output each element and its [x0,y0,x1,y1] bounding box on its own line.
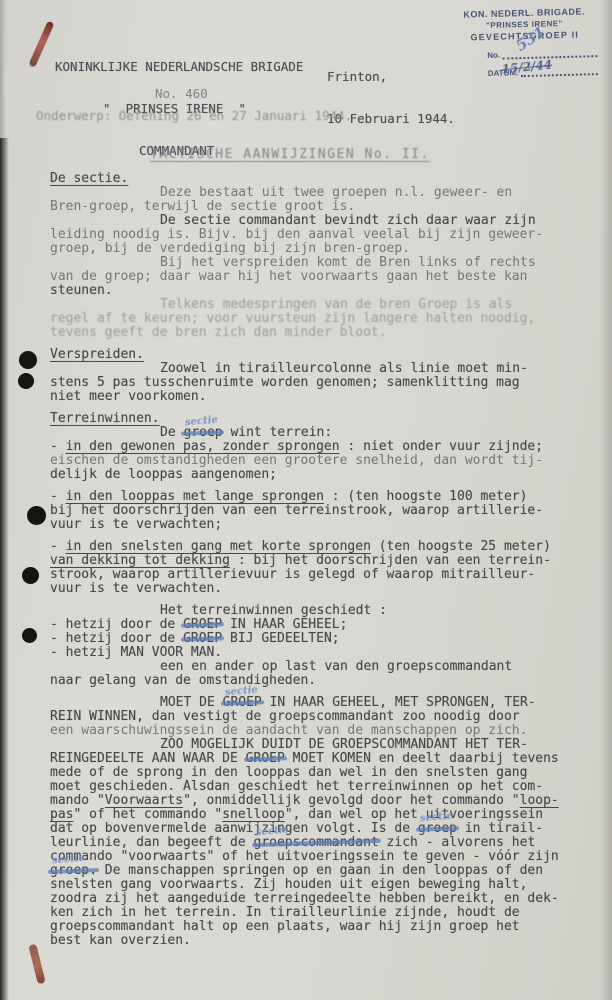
text-segment: in tirail- [457,821,543,836]
text-segment: mede of de sprong in den looppas dan wel… [50,765,527,780]
text-segment: - [50,489,66,504]
text-segment: GROEP [183,617,222,632]
text-segment: Bren-groep, terwijl de sectie groot is. [50,199,355,214]
text-line: een waarschuwingssein de aandacht van de… [50,724,585,738]
text-segment: ZOO MOGELIJK DUIDT DE GROEPSCOMMANDANT H… [160,737,528,752]
text-segment: - hetzij door de [50,617,183,632]
section-heading: Terreinwinnen. [50,412,585,426]
text-segment: bij het doorschrijden van een terreinstr… [50,503,543,518]
text-segment: Zoowel in tirailleurcolonne als linie mo… [160,361,528,376]
text-segment: delijk de looppas aangenomen; [50,467,277,482]
stamp-number-label: No. [487,51,500,60]
text-segment: best kan overzien. [50,933,191,948]
text-line: best kan overzien. [50,934,585,948]
unit-receiving-stamp: KON. NEDERL. BRIGADE. "PRINSES IRENE" GE… [448,6,602,82]
text-segment: groepscommandant halt op een plaats, waa… [50,919,520,934]
text-line: De sectie commandant bevindt zich daar w… [50,214,585,228]
document-title: TACTISCHE AANWIJZINGEN No. II. [150,147,430,162]
place-line: Frinton, [327,70,455,84]
text-line: vuur is te verwachten; [50,518,585,532]
red-pen-mark-top [29,21,55,68]
text-line: Deze bestaat uit twee groepen n.l. gewee… [50,186,585,200]
text-line: MOET DE GROEPsectie IN HAAR GEHEEL, MET … [50,696,585,710]
letterhead-brigade-name: KONINKLIJKE NEDERLANDSCHE BRIGADE [55,60,303,74]
text-segment: - [50,439,66,454]
text-segment: eischen de omstandigheden een grootere s… [50,453,543,468]
text-line: bij het doorschrijden van een terreinstr… [50,504,585,518]
text-segment: Deze bestaat uit twee groepen n.l. gewee… [160,185,512,200]
text-segment: : bij het doorschrijden van een terrein- [230,553,551,568]
text-segment: Bij het verspreiden komt de Bren links o… [160,255,536,270]
text-line: - in den gewonen pas, zonder sprongen : … [50,440,585,454]
text-segment: Het terreinwinnen geschiedt : [160,603,387,618]
text-segment: (ten hoogste 25 meter) [371,539,551,554]
text-line: van dekking tot dekking : bij het doorsc… [50,554,585,568]
text-line: niet meer voorkomen. [50,390,585,404]
handwritten-note: sectie [51,852,85,869]
text-segment: groepscommandantsectie [254,835,379,850]
text-line: - in den snelsten gang met korte spronge… [50,540,585,554]
text-segment: van dekking tot dekking [50,553,230,568]
text-segment: regel af te keuren; voor vuursteun zijn … [50,311,535,326]
text-line: eischen de omstandigheden een grootere s… [50,454,585,468]
text-segment: strook, waarop artillerievuur is gelegd … [50,567,535,582]
text-segment: vuur is te verwachten; [50,517,222,532]
red-pen-mark-bottom [28,944,45,985]
subject-line: Onderwerp: Oefening 26 en 27 Januari 194… [36,108,352,123]
punch-hole-ink-dot [27,506,46,525]
text-segment: leurlinie, dan begeeft de [50,835,254,850]
text-segment: tevens geeft de bren zich dan minder blo… [50,325,387,340]
text-segment: in den gewonen pas, zonder sprongen [66,439,340,454]
text-segment: De sectie commandant bevindt zich daar w… [160,213,536,228]
page-left-edge-shadow [0,138,9,1000]
text-line: regel af te keuren; voor vuursteun zijn … [50,312,585,326]
document-body: De sectie.Deze bestaat uit twee groepen … [50,172,585,948]
text-line: Telkens medespringen van de bren Groep i… [50,298,585,312]
text-segment: REIN WINNEN, dan vestigt de groepscomman… [50,709,520,724]
text-segment: MOET KOMEN en deelt daarbij tevens [285,751,559,766]
text-line: zoodra zij het aangeduide terreingedeelt… [50,892,585,906]
text-line: De groepsectie wint terrein: [50,426,585,440]
text-segment: REINGEDEELTE AAN WAAR DE [50,751,246,766]
text-line: tevens geeft de bren zich dan minder blo… [50,326,585,340]
text-segment: IN HAAR GEHEEL, MET SPRONGEN, TER- [262,695,536,710]
text-line: - hetzij door de GROEP IN HAAR GEHEEL; [50,618,585,632]
text-segment: in den looppas met lange sprongen [66,489,324,504]
text-segment: De manschappen springen op en gaan in de… [97,863,543,878]
text-segment: pas [50,807,73,822]
text-segment: - [50,539,66,554]
text-segment: : niet onder vuur zijnde; [340,439,544,454]
text-segment: GROEP [183,631,222,646]
text-segment: GROEP [246,751,285,766]
text-segment: - hetzij door de [50,631,183,646]
text-segment: snelsten gang voorwaarts. Zij houden uit… [50,877,527,892]
text-line: delijk de looppas aangenomen; [50,468,585,482]
text-segment: ", onmiddellijk gevolgd door het command… [183,793,520,808]
text-line: REINGEDEELTE AAN WAAR DE GROEP MOET KOME… [50,752,585,766]
text-segment: zich - alvorens het [379,835,536,850]
text-line: - in den looppas met lange sprongen : (t… [50,490,585,504]
text-line: leiding noodig is. Bijv. bij den aanval … [50,228,585,242]
text-line: pas" of het commando "snelloop", dan wel… [50,808,585,822]
text-segment: Voorwaarts [105,793,183,808]
text-segment: naar gelang van de omstandigheden. [50,673,316,688]
text-segment: moet geschieden. Alsdan geschiedt het te… [50,779,543,794]
text-segment: wint terrein: [223,425,333,440]
text-segment: in den snelsten gang met korte sprongen [66,539,371,554]
text-segment: vuur is te verwachten. [50,581,222,596]
place-and-date: Frinton, 10 Februari 1944. [327,42,455,140]
text-segment: zoodra zij het aangeduide terreingedeelt… [50,891,559,906]
handwritten-note: sectie [255,824,289,841]
page-left-edge-shadow-top [0,0,6,140]
handwritten-note: sectie [224,684,258,701]
text-segment: groepsectie [418,821,457,836]
handwritten-note: sectie [185,414,219,431]
text-segment: ken zich in het terrein. In tirailleurli… [50,905,520,920]
text-segment: niet meer voorkomen. [50,389,207,404]
punch-hole-ink-dot [18,373,34,389]
text-segment: een en ander op last van den groepscomma… [160,659,512,674]
text-line: vuur is te verwachten. [50,582,585,596]
page-right-edge-shadow [600,0,612,1000]
handwritten-note: sectie [419,810,453,827]
text-segment: ", dan wel op het uitvoeringssein [285,807,543,822]
text-segment: De [160,425,183,440]
text-line: groep.sectie De manschappen springen op … [50,864,585,878]
text-segment: MOET DE [160,695,223,710]
scanned-document-page: { "page": { "header": { "org_line1": "KO… [0,0,612,1000]
text-line: Zoowel in tirailleurcolonne als linie mo… [50,362,585,376]
text-line: naar gelang van de omstandigheden. [50,674,585,688]
text-segment: BIJ GEDEELTEN; [222,631,339,646]
text-line: mando "Voorwaarts", onmiddellijk gevolgd… [50,794,585,808]
text-line: snelsten gang voorwaarts. Zij houden uit… [50,878,585,892]
text-segment: Verspreiden. [50,347,144,362]
text-segment: mando " [50,793,105,808]
text-line: - hetzij MAN VOOR MAN. [50,646,585,660]
text-line: groepscommandant halt op een plaats, waa… [50,920,585,934]
text-segment: van de groep; daar waar hij het voorwaar… [50,269,527,284]
text-segment: groep, bij de verdediging bij zijn bren-… [50,241,410,256]
document-number: No. 460 [155,86,208,101]
text-line: leurlinie, dan begeeft de groepscommanda… [50,836,585,850]
text-segment: stens 5 pas tusschenruimte worden genome… [50,375,520,390]
text-segment: De sectie. [50,171,128,186]
text-segment: Telkens medespringen van de bren Groep i… [160,297,512,312]
text-line: moet geschieden. Alsdan geschiedt het te… [50,780,585,794]
text-line: commando "voorwaarts" of het uitvoerings… [50,850,585,864]
text-line: REIN WINNEN, dan vestigt de groepscomman… [50,710,585,724]
punch-hole-ink-dot [19,351,37,369]
text-line: stens 5 pas tusschenruimte worden genome… [50,376,585,390]
section-heading: Verspreiden. [50,348,585,362]
punch-hole-ink-dot [22,567,39,584]
text-line: strook, waarop artillerievuur is gelegd … [50,568,585,582]
text-segment: " of het commando " [73,807,222,822]
text-segment: IN HAAR GEHEEL; [222,617,347,632]
text-segment: snelloop [222,807,285,822]
text-segment: groepsectie [183,425,222,440]
text-line: een en ander op last van den groepscomma… [50,660,585,674]
text-line: - hetzij door de GROEP BIJ GEDEELTEN; [50,632,585,646]
text-line: steunen. [50,284,585,298]
punch-hole-ink-dot [22,628,37,643]
text-segment: dat op bovenvermelde aanwijzingen volgt.… [50,821,418,836]
text-segment: GROEPsectie [223,695,262,710]
text-line: van de groep; daar waar hij het voorwaar… [50,270,585,284]
text-segment: leiding noodig is. Bijv. bij den aanval … [50,227,543,242]
text-line: ken zich in het terrein. In tirailleurli… [50,906,585,920]
text-line: groep, bij de verdediging bij zijn bren-… [50,242,585,256]
text-segment: : (ten hoogste 100 meter) [324,489,528,504]
text-segment: een waarschuwingssein de aandacht van de… [50,723,527,738]
text-segment: - hetzij MAN VOOR MAN. [50,645,222,660]
text-line: mede of de sprong in den looppas dan wel… [50,766,585,780]
text-segment: steunen. [50,283,113,298]
text-line: Het terreinwinnen geschiedt : [50,604,585,618]
text-segment: Terreinwinnen. [50,411,160,426]
text-segment: groep.sectie [50,863,97,878]
text-line: dat op bovenvermelde aanwijzingen volgt.… [50,822,585,836]
text-line: ZOO MOGELIJK DUIDT DE GROEPSCOMMANDANT H… [50,738,585,752]
section-heading: De sectie. [50,172,585,186]
text-line: Bij het verspreiden komt de Bren links o… [50,256,585,270]
text-line: Bren-groep, terwijl de sectie groot is. [50,200,585,214]
text-segment: commando "voorwaarts" of het uitvoerings… [50,849,559,864]
text-segment: loop- [520,793,559,808]
